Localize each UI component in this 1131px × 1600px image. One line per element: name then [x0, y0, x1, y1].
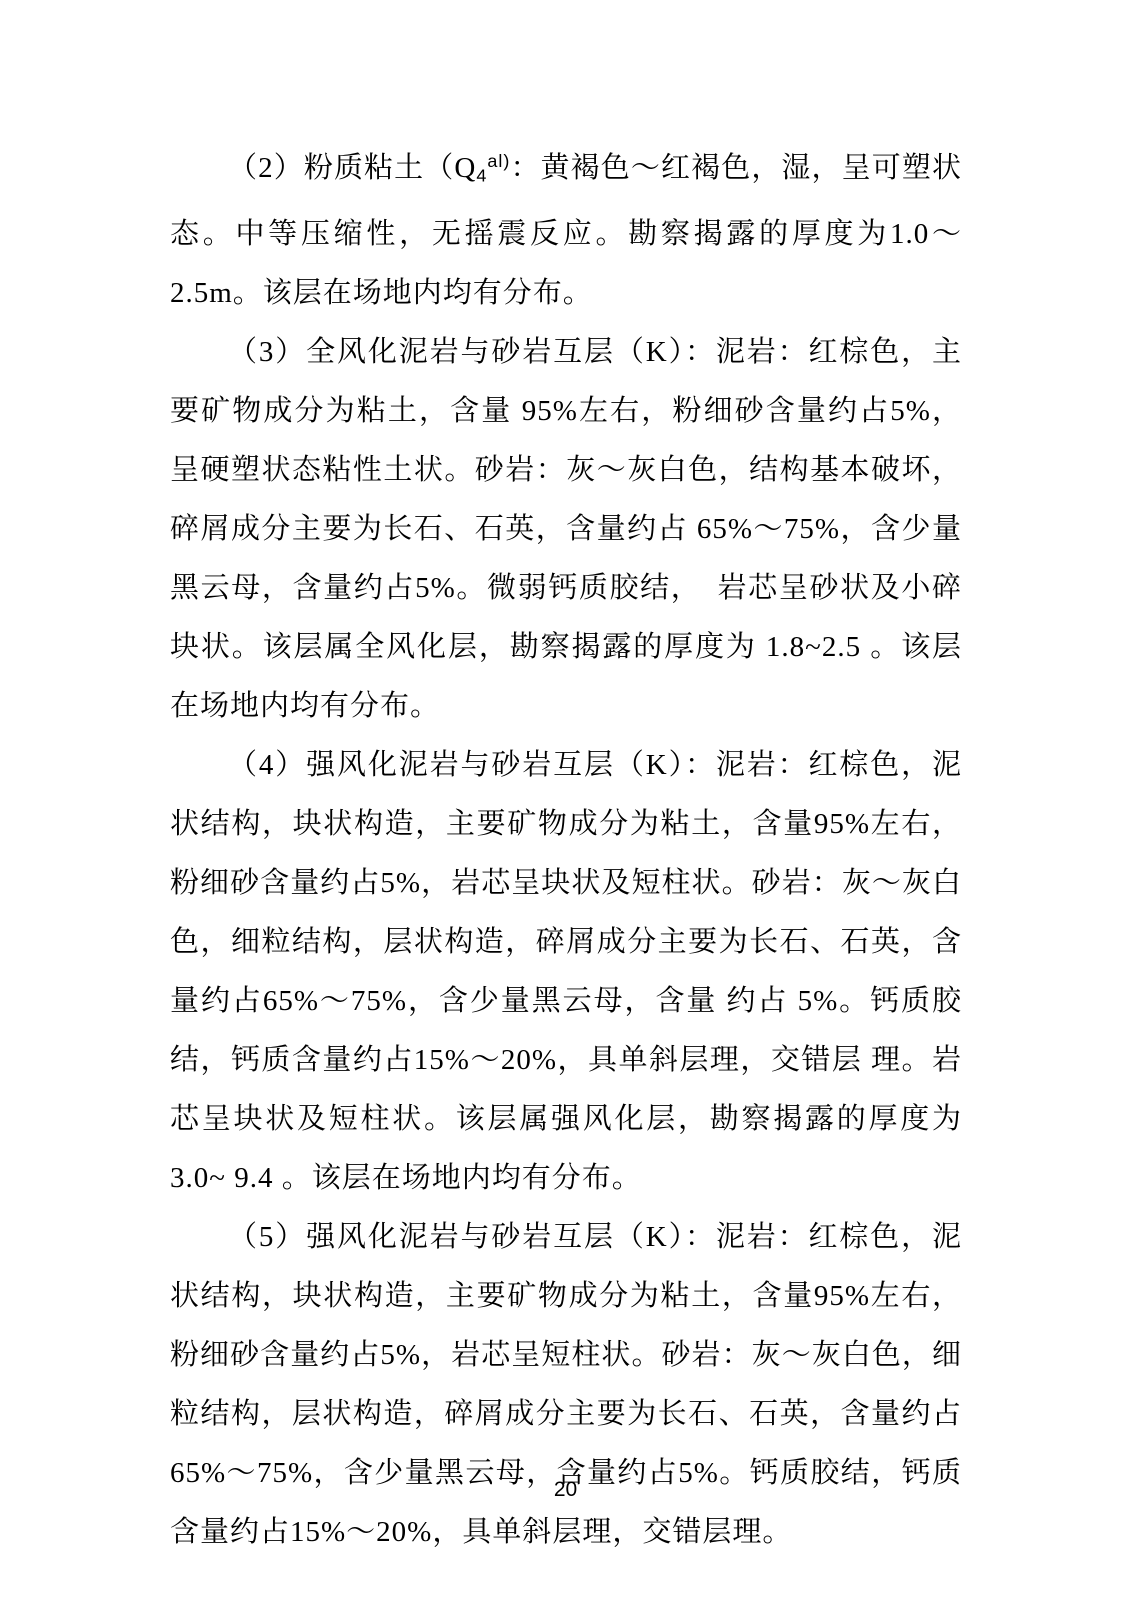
- paragraph-text: （2）粉质粘土（Q: [228, 152, 476, 184]
- q-superscript: al): [487, 151, 510, 171]
- paragraph-strongly-weathered-mudstone-4: （4）强风化泥岩与砂岩互层（K）：泥岩：红棕色，泥状结构，块状构造，主要矿物成分…: [170, 736, 962, 1208]
- page-number: 20: [0, 1478, 1131, 1502]
- document-body: （2）粉质粘土（Q4al)：黄褐色～红褐色，湿，呈可塑状态。中等压缩性，无摇震反…: [170, 132, 962, 1562]
- paragraph-silty-clay: （2）粉质粘土（Q4al)：黄褐色～红褐色，湿，呈可塑状态。中等压缩性，无摇震反…: [170, 132, 962, 323]
- paragraph-fully-weathered-mudstone: （3）全风化泥岩与砂岩互层（K）：泥岩：红棕色，主要矿物成分为粘土，含量 95%…: [170, 323, 962, 736]
- q-subscript: 4: [476, 165, 487, 185]
- document-page: （2）粉质粘土（Q4al)：黄褐色～红褐色，湿，呈可塑状态。中等压缩性，无摇震反…: [0, 0, 1131, 1600]
- paragraph-strongly-weathered-mudstone-5: （5）强风化泥岩与砂岩互层（K）：泥岩：红棕色，泥状结构，块状构造，主要矿物成分…: [170, 1208, 962, 1562]
